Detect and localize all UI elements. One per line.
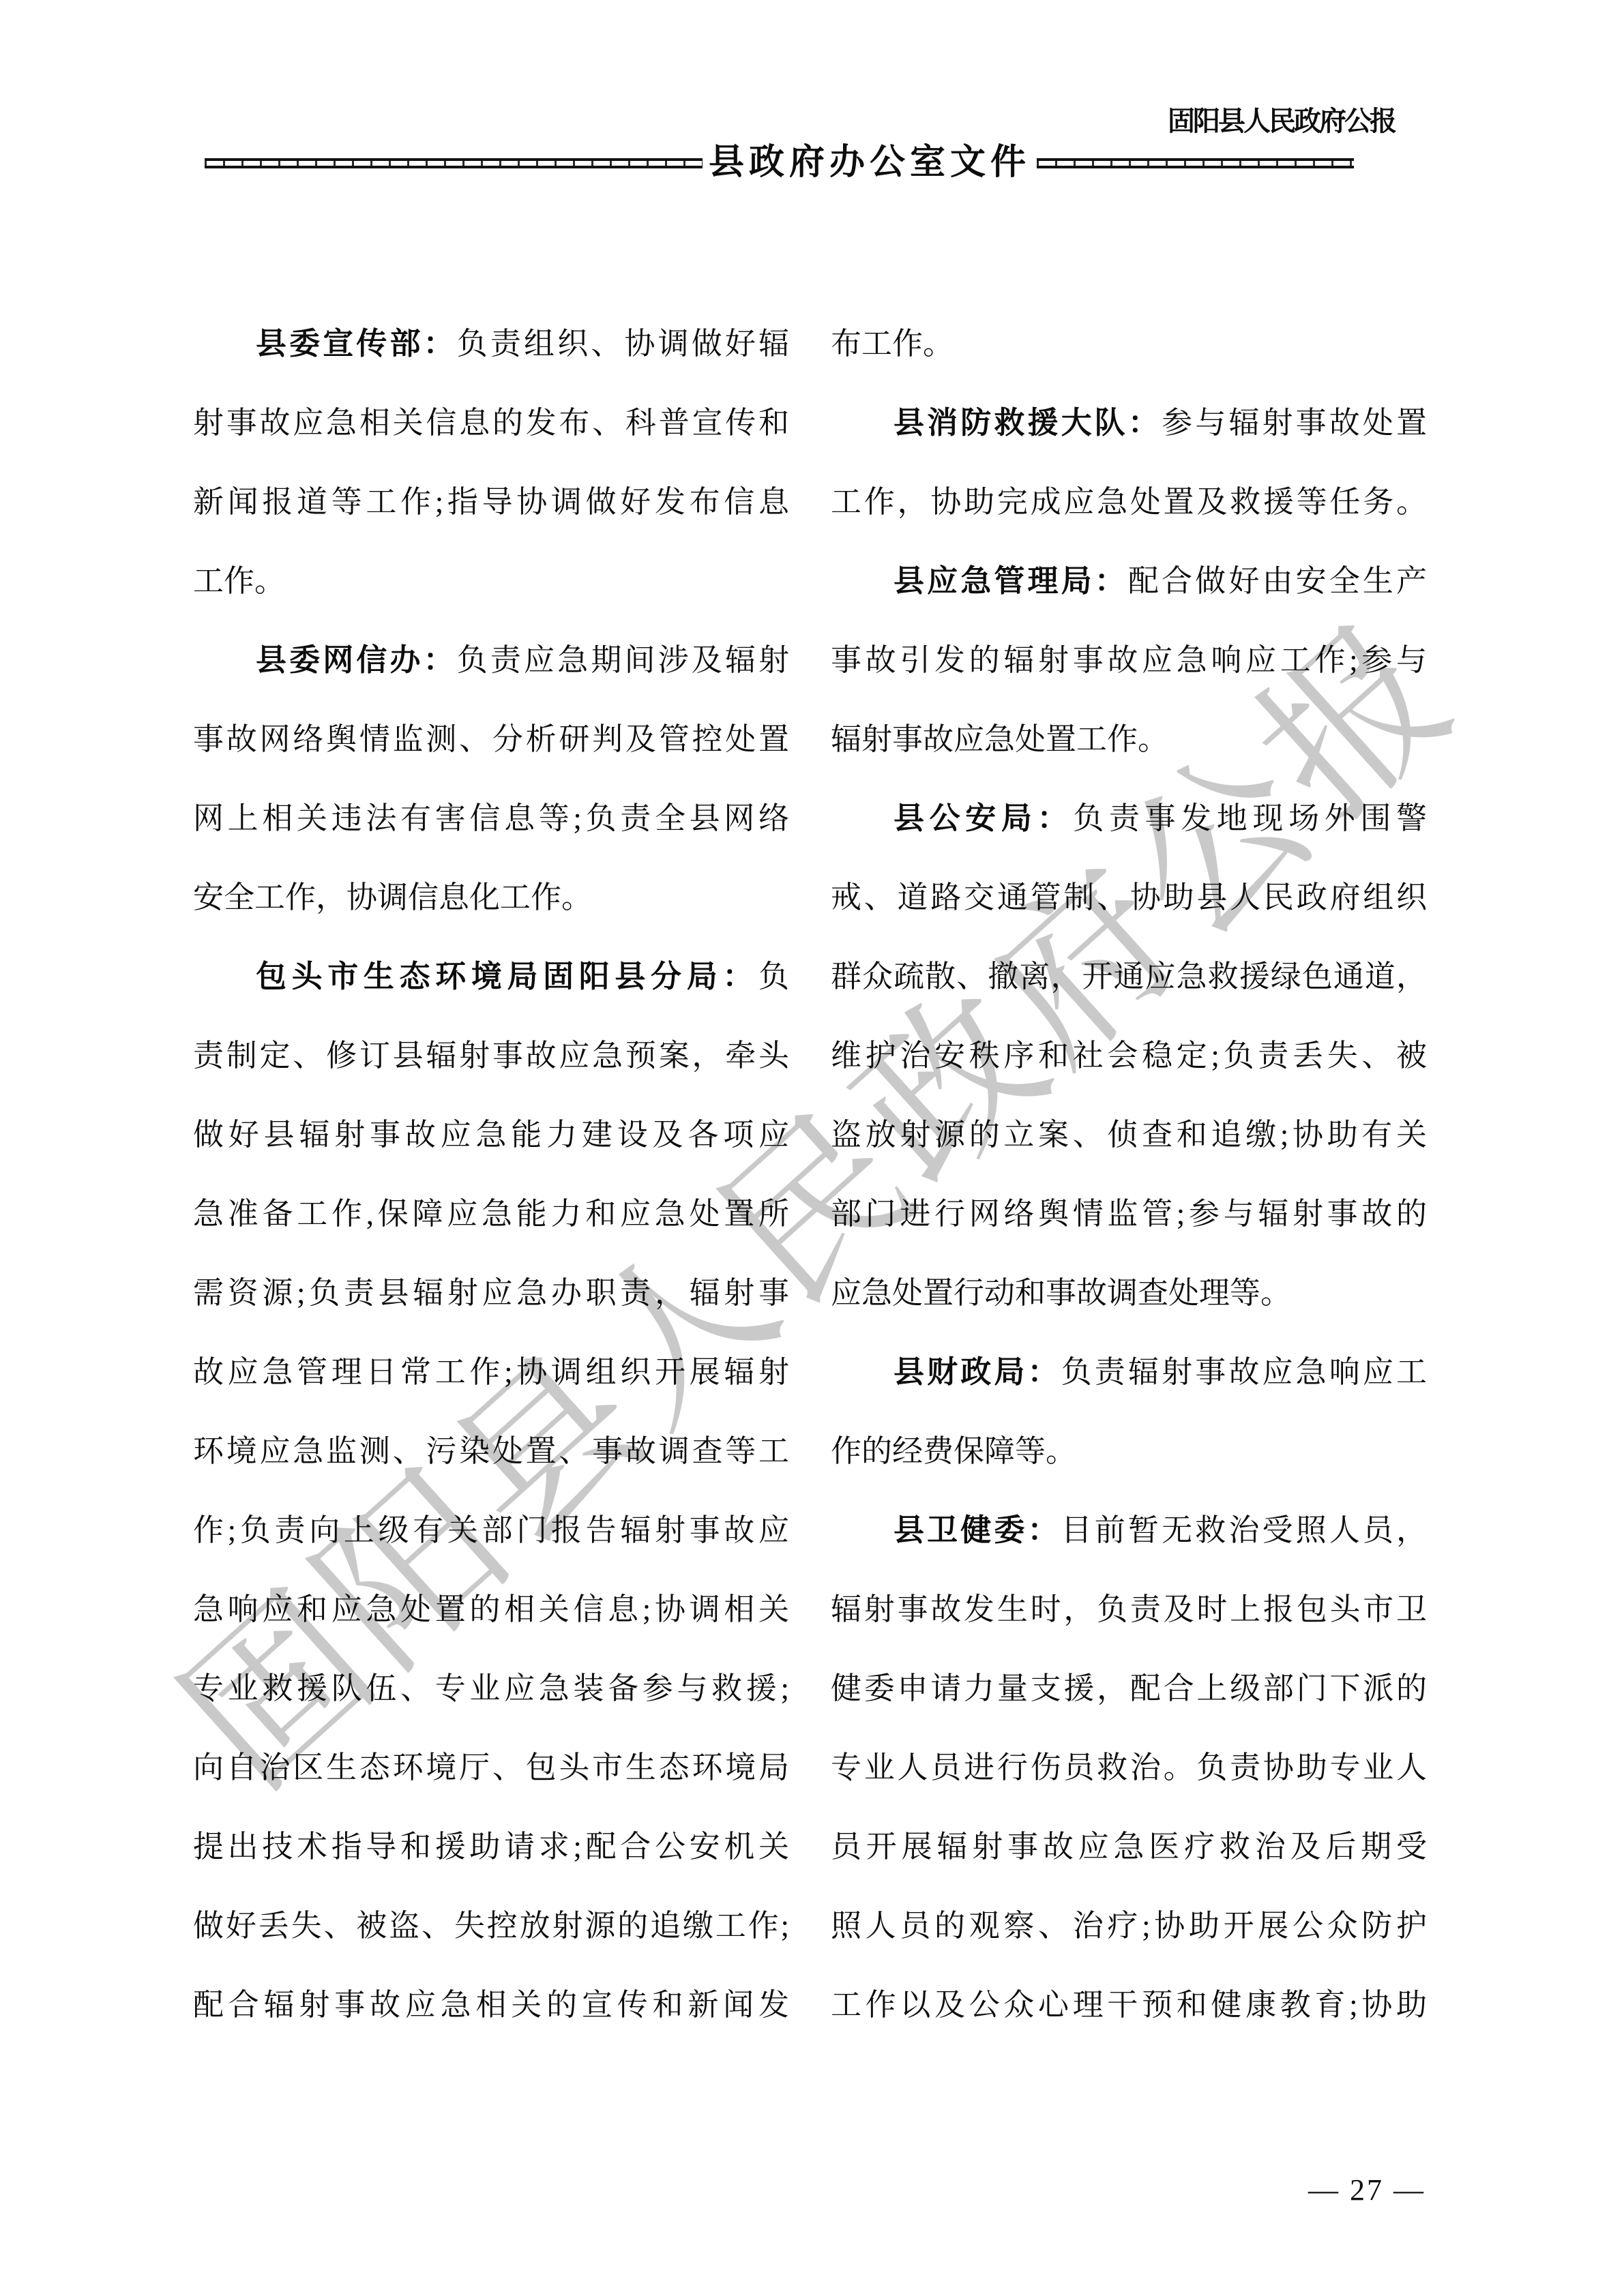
- text-line: 部门进行网络舆情监管;参与辐射事故的: [831, 1174, 1427, 1253]
- department-name: 县消防救援大队：: [894, 405, 1162, 440]
- department-name: 县卫健委：: [894, 1512, 1061, 1547]
- text-line: 县卫健委：目前暂无救治受照人员，: [831, 1491, 1427, 1570]
- text-line: 县委网信办：负责应急期间涉及辐射: [193, 621, 789, 700]
- body-text: 向自治区生态环境厅、包头市生态环境局: [193, 1750, 789, 1785]
- text-line: 事故引发的辐射事故应急响应工作;参与: [831, 621, 1427, 700]
- text-line: 故应急管理日常工作;协调组织开展辐射: [193, 1332, 789, 1412]
- text-line: 县消防救援大队：参与辐射事故处置: [831, 383, 1427, 462]
- body-text: 健委申请力量支援，配合上级部门下派的: [831, 1671, 1427, 1705]
- body-text: 射事故应急相关信息的发布、科普宣传和: [193, 406, 789, 440]
- text-line: 戒、道路交通管制、协助县人民政府组织: [831, 858, 1427, 937]
- text-line: 布工作。: [831, 304, 1427, 383]
- body-text: 负责组织、协调做好辐: [457, 327, 789, 361]
- body-text: 群众疏散、撤离，开通应急救援绿色通道，: [831, 959, 1427, 994]
- text-line: 员开展辐射事故应急医疗救治及后期受: [831, 1807, 1427, 1886]
- text-line: 工作，协助完成应急处置及救援等任务。: [831, 462, 1427, 541]
- body-text: 环境应急监测、污染处置、事故调查等工: [193, 1434, 789, 1468]
- body-text: 照人员的观察、治疗;协助开展公众防护: [831, 1909, 1427, 1943]
- text-line: 包头市生态环境局固阳县分局：负: [193, 937, 789, 1016]
- text-line: 县财政局：负责辐射事故应急响应工: [831, 1332, 1427, 1412]
- text-line: 射事故应急相关信息的发布、科普宣传和: [193, 383, 789, 462]
- body-text: 工作以及公众心理干预和健康教育;协助: [831, 1988, 1427, 2022]
- department-name: 县财政局：: [894, 1354, 1061, 1389]
- text-line: 专业救援队伍、专业应急装备参与救援;: [193, 1649, 789, 1728]
- text-line: 向自治区生态环境厅、包头市生态环境局: [193, 1728, 789, 1807]
- body-text: 盗放射源的立案、侦查和追缴;协助有关: [831, 1118, 1427, 1152]
- text-line: 急准备工作,保障应急能力和应急处置所: [193, 1174, 789, 1253]
- department-name: 县公安局：: [894, 801, 1073, 835]
- publication-title: 固阳县人民政府公报: [1168, 100, 1395, 138]
- text-line: 责制定、修订县辐射事故应急预案，牵头: [193, 1016, 789, 1095]
- text-line: 辐射事故发生时，负责及时上报包头市卫: [831, 1570, 1427, 1649]
- text-line: 提出技术指导和援助请求;配合公安机关: [193, 1807, 789, 1886]
- body-text: 需资源;负责县辐射应急办职责，辐射事: [193, 1276, 789, 1310]
- body-text: 事故引发的辐射事故应急响应工作;参与: [831, 643, 1427, 677]
- text-line: 工作以及公众心理干预和健康教育;协助: [831, 1965, 1427, 2044]
- body-text: 配合做好由安全生产: [1128, 564, 1427, 598]
- text-line: 辐射事故应急处置工作。: [831, 700, 1427, 779]
- department-name: 县应急管理局：: [894, 563, 1128, 598]
- body-text: 负: [758, 959, 789, 994]
- body-text: 配合辐射事故应急相关的宣传和新闻发: [193, 1988, 789, 2022]
- text-line: 作;负责向上级有关部门报告辐射事故应: [193, 1491, 789, 1570]
- body-text: 作;负责向上级有关部门报告辐射事故应: [193, 1513, 789, 1547]
- text-line: 照人员的观察、治疗;协助开展公众防护: [831, 1886, 1427, 1965]
- text-line: 工作。: [193, 541, 789, 621]
- text-line: 做好丢失、被盗、失控放射源的追缴工作;: [193, 1886, 789, 1965]
- header-rule-left: [205, 158, 703, 168]
- body-text: 急准备工作,保障应急能力和应急处置所: [193, 1197, 789, 1231]
- text-line: 急响应和应急处置的相关信息;协调相关: [193, 1570, 789, 1649]
- body-text: 负责辐射事故应急响应工: [1061, 1355, 1427, 1389]
- body-text: 事故网络舆情监测、分析研判及管控处置: [193, 722, 789, 756]
- body-text: 安全工作，协调信息化工作。: [193, 880, 592, 914]
- text-line: 安全工作，协调信息化工作。: [193, 858, 789, 937]
- text-line: 环境应急监测、污染处置、事故调查等工: [193, 1412, 789, 1491]
- body-text: 故应急管理日常工作;协调组织开展辐射: [193, 1355, 789, 1389]
- header-rule-right: [1037, 158, 1354, 168]
- body-text: 辐射事故发生时，负责及时上报包头市卫: [831, 1592, 1427, 1626]
- text-line: 县委宣传部：负责组织、协调做好辐: [193, 304, 789, 383]
- text-line: 配合辐射事故应急相关的宣传和新闻发: [193, 1965, 789, 2044]
- body-text: 辐射事故应急处置工作。: [831, 722, 1168, 756]
- text-line: 事故网络舆情监测、分析研判及管控处置: [193, 700, 789, 779]
- body-text: 做好县辐射事故应急能力建设及各项应: [193, 1118, 789, 1152]
- body-text: 负责应急期间涉及辐射: [457, 643, 789, 677]
- body-text: 工作，协助完成应急处置及救援等任务。: [831, 485, 1427, 519]
- body-text: 布工作。: [831, 327, 954, 361]
- text-line: 县公安局：负责事发地现场外围警: [831, 779, 1427, 858]
- section-title: 县政府办公室文件: [703, 140, 1037, 185]
- text-line: 盗放射源的立案、侦查和追缴;协助有关: [831, 1095, 1427, 1174]
- text-line: 网上相关违法有害信息等;负责全县网络: [193, 779, 789, 858]
- body-text: 提出技术指导和援助请求;配合公安机关: [193, 1830, 789, 1864]
- text-line: 需资源;负责县辐射应急办职责，辐射事: [193, 1253, 789, 1332]
- text-column-right: 布工作。县消防救援大队：参与辐射事故处置工作，协助完成应急处置及救援等任务。县应…: [831, 304, 1427, 2044]
- body-text: 急响应和应急处置的相关信息;协调相关: [193, 1592, 789, 1626]
- body-text: 负责事发地现场外围警: [1073, 801, 1427, 835]
- body-text: 网上相关违法有害信息等;负责全县网络: [193, 801, 789, 835]
- page-number: — 27 —: [1308, 2173, 1426, 2207]
- section-header: 县政府办公室文件: [205, 140, 1354, 185]
- body-text: 工作。: [193, 564, 285, 598]
- text-column-left: 县委宣传部：负责组织、协调做好辐射事故应急相关信息的发布、科普宣传和新闻报道等工…: [193, 304, 789, 2044]
- body-text: 应急处置行动和事故调查处理等。: [831, 1276, 1291, 1310]
- text-line: 做好县辐射事故应急能力建设及各项应: [193, 1095, 789, 1174]
- body-text: 做好丢失、被盗、失控放射源的追缴工作;: [193, 1909, 789, 1943]
- text-line: 应急处置行动和事故调查处理等。: [831, 1253, 1427, 1332]
- department-name: 包头市生态环境局固阳县分局：: [256, 959, 758, 994]
- body-text: 新闻报道等工作;指导协调做好发布信息: [193, 485, 789, 519]
- text-line: 专业人员进行伤员救治。负责协助专业人: [831, 1728, 1427, 1807]
- body-text: 员开展辐射事故应急医疗救治及后期受: [831, 1830, 1427, 1864]
- text-line: 维护治安秩序和社会稳定;负责丢失、被: [831, 1016, 1427, 1095]
- department-name: 县委宣传部：: [256, 326, 457, 361]
- body-text: 参与辐射事故处置: [1162, 406, 1427, 440]
- department-name: 县委网信办：: [256, 642, 457, 677]
- body-text: 维护治安秩序和社会稳定;负责丢失、被: [831, 1039, 1427, 1073]
- body-text: 专业救援队伍、专业应急装备参与救援;: [193, 1671, 789, 1705]
- body-text: 专业人员进行伤员救治。负责协助专业人: [831, 1750, 1427, 1785]
- body-text: 目前暂无救治受照人员，: [1061, 1513, 1427, 1547]
- text-line: 健委申请力量支援，配合上级部门下派的: [831, 1649, 1427, 1728]
- text-line: 群众疏散、撤离，开通应急救援绿色通道，: [831, 937, 1427, 1016]
- text-line: 新闻报道等工作;指导协调做好发布信息: [193, 462, 789, 541]
- body-text: 戒、道路交通管制、协助县人民政府组织: [831, 880, 1427, 914]
- text-line: 县应急管理局：配合做好由安全生产: [831, 541, 1427, 621]
- text-line: 作的经费保障等。: [831, 1412, 1427, 1491]
- body-text: 作的经费保障等。: [831, 1434, 1076, 1468]
- body-text: 责制定、修订县辐射事故应急预案，牵头: [193, 1039, 789, 1073]
- gazette-page: 固阳县人民政府公报 固阳县人民政府公报 县政府办公室文件 县委宣传部：负责组织、…: [0, 0, 1624, 2296]
- body-text: 部门进行网络舆情监管;参与辐射事故的: [831, 1197, 1427, 1231]
